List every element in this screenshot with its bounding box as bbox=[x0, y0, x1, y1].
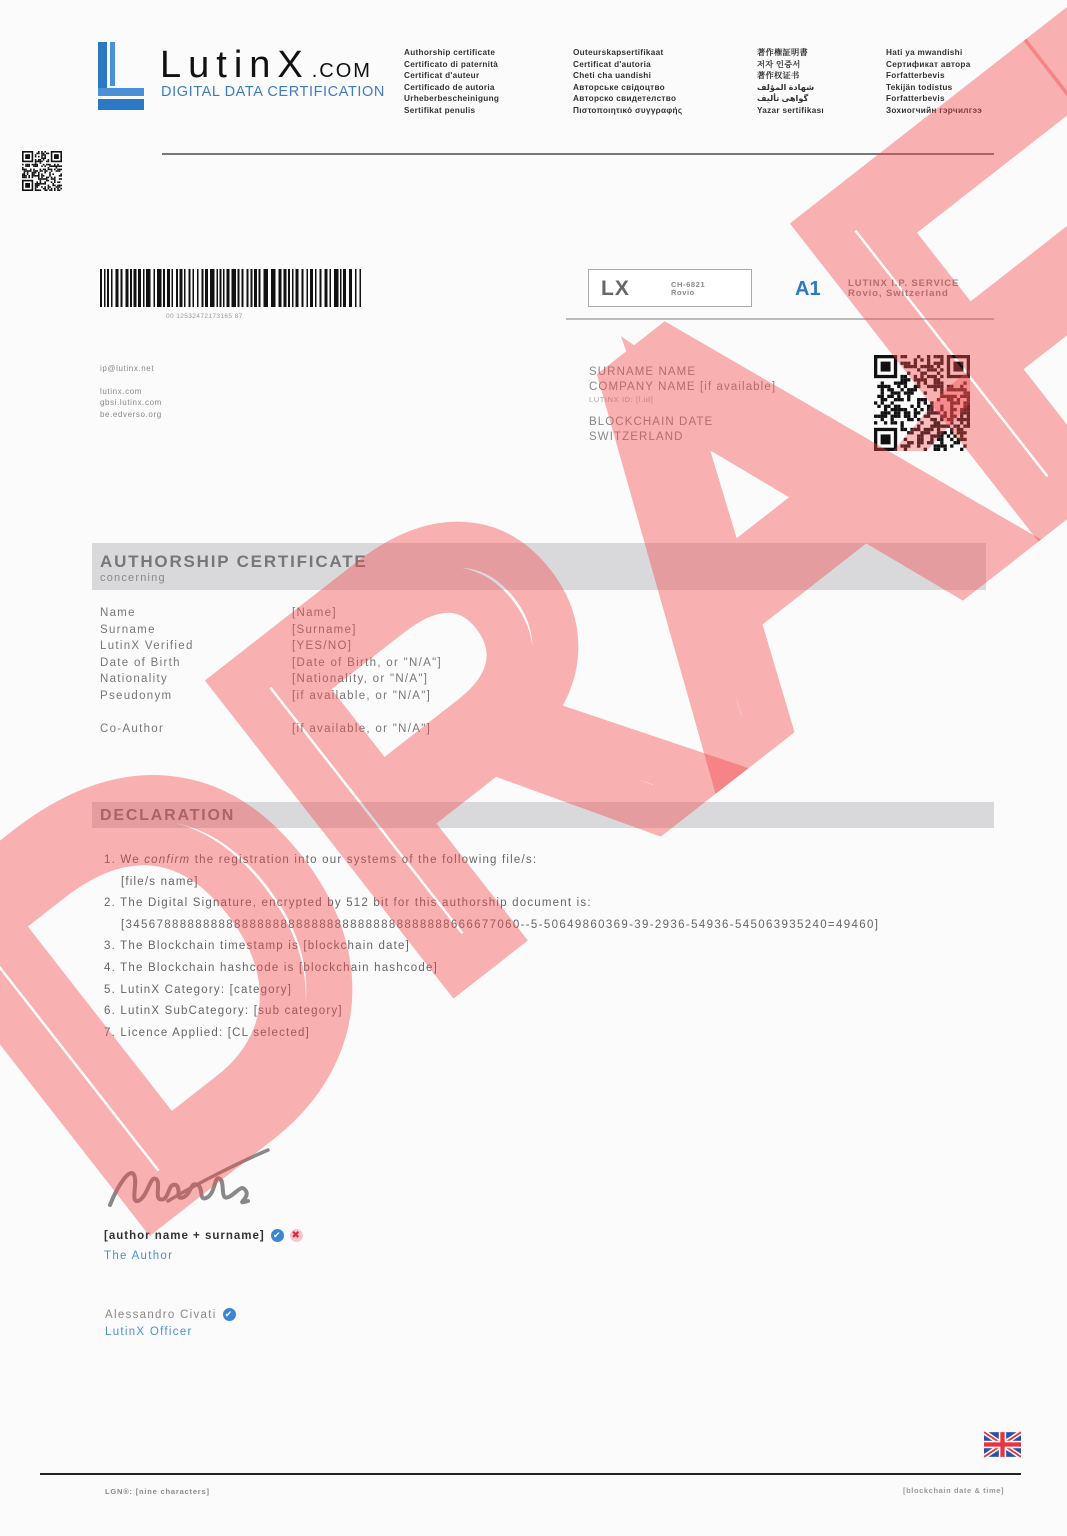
service-address: LUTINX I.P. SERVICE Rovio, Switzerland bbox=[848, 279, 959, 299]
footer-divider bbox=[40, 1473, 1021, 1475]
declaration-header-bar: DECLARATION bbox=[92, 802, 994, 828]
officer-signature-block: Alessandro Civati ✔ bbox=[105, 1308, 236, 1321]
officer-name: Alessandro Civati bbox=[105, 1309, 217, 1321]
declaration-item: 1. We confirm the registration into our … bbox=[104, 854, 879, 876]
digital-signature-value: [345678888888888888888888888888888888888… bbox=[104, 919, 879, 941]
field-row: Surname[Surname] bbox=[100, 624, 442, 641]
header-divider bbox=[162, 153, 994, 155]
location-postal: CH-6821 Rovio bbox=[671, 281, 705, 297]
translations-col-3: 著作権証明書저자 인증서著作权证书 شهادة المؤلفگواهی تألی… bbox=[757, 47, 824, 117]
address-divider bbox=[566, 318, 994, 320]
declaration-item: 6. LutinX SubCategory: [sub category] bbox=[104, 1005, 879, 1027]
barcode-number: 00 12532472173165 87 bbox=[166, 313, 243, 320]
certificate-fields: Name[Name] Surname[Surname] LutinX Verif… bbox=[100, 607, 442, 740]
location-box: LX CH-6821 Rovio bbox=[588, 269, 752, 307]
declaration-list: 1. We confirm the registration into our … bbox=[104, 854, 879, 1048]
logo-wordmark: LutinX.COM bbox=[160, 46, 372, 84]
contact-email[interactable]: ip@lutinx.net bbox=[100, 363, 162, 375]
translations-col-1: Authorship certificateCertificato di pat… bbox=[404, 47, 499, 117]
author-signature-block: [author name + surname] ✔ ✖ bbox=[104, 1229, 303, 1242]
lutinx-logo-icon bbox=[98, 42, 144, 110]
location-code: LX bbox=[601, 277, 630, 301]
recipient-lutinx-id: LUTINX ID: [l.id] bbox=[589, 395, 776, 404]
certificate-subtitle: concerning bbox=[100, 572, 166, 584]
recipient-block: SURNAME NAME COMPANY NAME [if available]… bbox=[589, 365, 776, 445]
author-role: The Author bbox=[104, 1250, 173, 1262]
translations-col-4: Hati ya mwandishiСертификат автораForfat… bbox=[886, 47, 982, 117]
contact-site[interactable]: be.edverso.org bbox=[100, 409, 162, 421]
draft-watermark: DRAFT bbox=[0, 0, 1067, 1536]
verified-check-icon: ✔ bbox=[271, 1229, 284, 1242]
field-row: Nationality[Nationality, or "N/A"] bbox=[100, 673, 442, 690]
recipient-name: SURNAME NAME bbox=[589, 365, 776, 380]
certificate-title: AUTHORSHIP CERTIFICATE bbox=[100, 552, 368, 572]
recipient-country: SWITZERLAND bbox=[589, 430, 776, 445]
author-name: [author name + surname] bbox=[104, 1230, 265, 1242]
declaration-value: [file/s name] bbox=[104, 876, 879, 898]
field-row: Name[Name] bbox=[100, 607, 442, 624]
declaration-item: 4. The Blockchain hashcode is [blockchai… bbox=[104, 962, 879, 984]
officer-role: LutinX Officer bbox=[105, 1326, 193, 1338]
grade-label: A1 bbox=[795, 278, 821, 301]
field-row-coauthor: Co-Author[if available, or "N/A"] bbox=[100, 723, 442, 740]
field-row: LutinX Verified[YES/NO] bbox=[100, 640, 442, 657]
contact-info: ip@lutinx.net lutinx.com gbsi.lutinx.com… bbox=[100, 363, 162, 420]
logo-tagline: DIGITAL DATA CERTIFICATION bbox=[161, 85, 385, 100]
declaration-item: 7. Licence Applied: [CL selected] bbox=[104, 1027, 879, 1049]
qr-code-small-icon bbox=[22, 151, 62, 191]
declaration-item: 5. LutinX Category: [category] bbox=[104, 984, 879, 1006]
declaration-item: 2. The Digital Signature, encrypted by 5… bbox=[104, 897, 879, 919]
contact-site[interactable]: lutinx.com bbox=[100, 386, 162, 398]
certificate-header-bar: AUTHORSHIP CERTIFICATE concerning bbox=[92, 543, 986, 590]
qr-code-icon bbox=[874, 355, 970, 451]
signature-image bbox=[108, 1145, 273, 1213]
declaration-item: 3. The Blockchain timestamp is [blockcha… bbox=[104, 940, 879, 962]
lgn-code: LGN®: [nine characters] bbox=[105, 1487, 210, 1496]
field-row: Date of Birth[Date of Birth, or "N/A"] bbox=[100, 657, 442, 674]
field-row: Pseudonym[if available, or "N/A"] bbox=[100, 690, 442, 707]
translations-col-2: OuteurskapsertifikaatCertificat d'autori… bbox=[573, 47, 682, 117]
barcode-icon bbox=[100, 269, 363, 307]
contact-site[interactable]: gbsi.lutinx.com bbox=[100, 397, 162, 409]
recipient-company: COMPANY NAME [if available] bbox=[589, 380, 776, 395]
uk-flag-icon[interactable] bbox=[984, 1431, 1021, 1458]
verified-check-icon: ✔ bbox=[223, 1308, 236, 1321]
blockchain-datetime: [blockchain date & time] bbox=[903, 1486, 1004, 1495]
rejected-x-icon: ✖ bbox=[290, 1229, 303, 1242]
recipient-date: BLOCKCHAIN DATE bbox=[589, 415, 776, 430]
declaration-title: DECLARATION bbox=[100, 807, 235, 825]
